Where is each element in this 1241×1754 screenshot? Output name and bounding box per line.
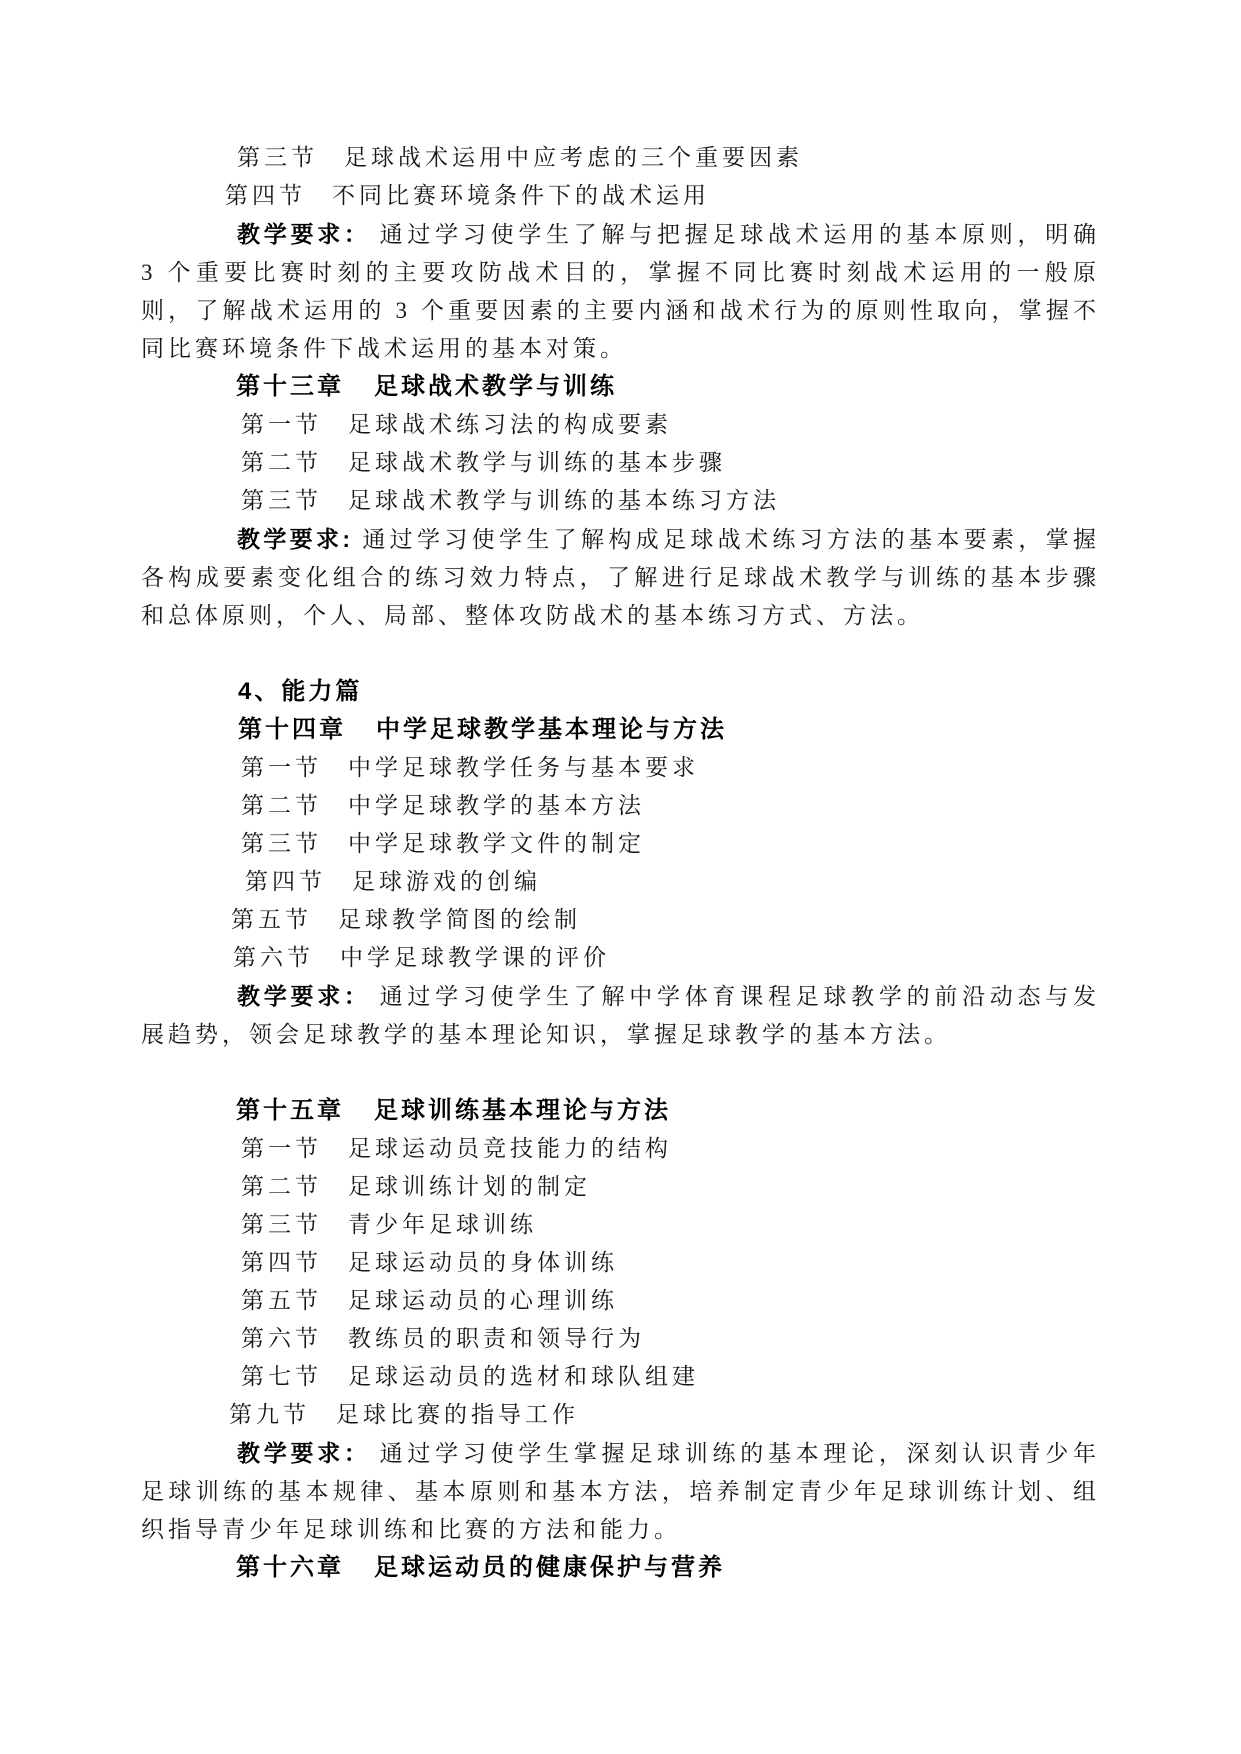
chapter-heading: 第十三章足球战术教学与训练: [141, 368, 1100, 406]
section-title: 足球运动员的身体训练: [348, 1250, 618, 1275]
section-title: 中学足球教学任务与基本要求: [348, 755, 699, 780]
section-line: 第四节不同比赛环境条件下的战术运用: [141, 177, 1100, 215]
chapter-label: 第十四章: [238, 716, 346, 743]
section-title: 足球教学简图的绘制: [338, 907, 581, 932]
section-title: 足球游戏的创编: [352, 869, 541, 894]
section-title: 足球运动员的选材和球队组建: [348, 1364, 699, 1389]
section-label: 第九节: [229, 1402, 310, 1427]
section-line: 第一节足球战术练习法的构成要素: [141, 406, 1100, 444]
section-title: 教练员的职责和领导行为: [348, 1326, 645, 1351]
chapter-heading: 第十四章中学足球教学基本理论与方法: [141, 711, 1100, 749]
section-title: 中学足球教学的基本方法: [348, 793, 645, 818]
teaching-requirement-paragraph: 教学要求：通过学习使学生了解中学体育课程足球教学的前沿动态与发展趋势，领会足球教…: [141, 977, 1100, 1054]
section-label: 第五节: [231, 907, 312, 932]
section-line: 第三节足球战术教学与训练的基本练习方法: [141, 482, 1100, 520]
document-content: 第三节足球战术运用中应考虑的三个重要因素第四节不同比赛环境条件下的战术运用教学要…: [141, 139, 1100, 1587]
section-line: 第九节足球比赛的指导工作: [141, 1396, 1100, 1434]
teaching-requirement-paragraph: 教学要求：通过学习使学生掌握足球训练的基本理论，深刻认识青少年足球训练的基本规律…: [141, 1434, 1100, 1549]
section-title: 足球战术教学与训练的基本步骤: [348, 450, 726, 475]
requirement-label: 教学要求：: [237, 221, 371, 247]
section-label: 第五节: [241, 1288, 322, 1313]
section-label: 第三节: [241, 488, 322, 513]
section-title: 中学足球教学文件的制定: [348, 831, 645, 856]
teaching-requirement-paragraph: 教学要求：通过学习使学生了解与把握足球战术运用的基本原则，明确 3 个重要比赛时…: [141, 215, 1100, 368]
chapter-label: 第十六章: [236, 1554, 344, 1581]
teaching-requirement-paragraph: 教学要求:通过学习使学生了解构成足球战术练习方法的基本要素，掌握各构成要素变化组…: [141, 520, 1100, 635]
section-line: 第三节中学足球教学文件的制定: [141, 825, 1100, 863]
section-line: 第五节足球运动员的心理训练: [141, 1282, 1100, 1320]
part-heading: 4、能力篇: [141, 673, 1100, 711]
section-label: 第三节: [241, 831, 322, 856]
section-label: 第二节: [241, 1174, 322, 1199]
requirement-label: 教学要求：: [237, 1440, 371, 1466]
section-label: 第一节: [241, 412, 322, 437]
section-label: 第二节: [241, 450, 322, 475]
section-line: 第二节足球训练计划的制定: [141, 1168, 1100, 1206]
section-title: 足球比赛的指导工作: [336, 1402, 579, 1427]
section-label: 第四节: [241, 1250, 322, 1275]
chapter-heading: 第十五章足球训练基本理论与方法: [141, 1092, 1100, 1130]
section-line: 第三节青少年足球训练: [141, 1206, 1100, 1244]
section-label: 第四节: [225, 183, 306, 208]
chapter-title: 足球战术教学与训练: [374, 373, 617, 400]
section-title: 中学足球教学课的评价: [340, 945, 610, 970]
section-line: 第四节足球游戏的创编: [141, 863, 1100, 901]
section-title: 青少年足球训练: [348, 1212, 537, 1237]
document-page: 第三节足球战术运用中应考虑的三个重要因素第四节不同比赛环境条件下的战术运用教学要…: [0, 0, 1241, 1754]
chapter-label: 第十五章: [236, 1097, 344, 1124]
section-line: 第六节中学足球教学课的评价: [141, 939, 1100, 977]
section-title: 足球战术教学与训练的基本练习方法: [348, 488, 780, 513]
section-line: 第二节中学足球教学的基本方法: [141, 787, 1100, 825]
chapter-title: 中学足球教学基本理论与方法: [376, 716, 727, 743]
section-line: 第一节中学足球教学任务与基本要求: [141, 749, 1100, 787]
section-label: 第一节: [241, 755, 322, 780]
section-label: 第二节: [241, 793, 322, 818]
chapter-heading: 第十六章足球运动员的健康保护与营养: [141, 1549, 1100, 1587]
section-line: 第二节足球战术教学与训练的基本步骤: [141, 444, 1100, 482]
section-label: 第三节: [237, 145, 318, 170]
section-line: 第七节足球运动员的选材和球队组建: [141, 1358, 1100, 1396]
section-title: 不同比赛环境条件下的战术运用: [332, 183, 710, 208]
section-title: 足球战术练习法的构成要素: [348, 412, 672, 437]
section-label: 第六节: [241, 1326, 322, 1351]
section-line: 第四节足球运动员的身体训练: [141, 1244, 1100, 1282]
section-line: 第五节足球教学简图的绘制: [141, 901, 1100, 939]
section-label: 第一节: [241, 1136, 322, 1161]
section-line: 第六节教练员的职责和领导行为: [141, 1320, 1100, 1358]
requirement-label: 教学要求:: [237, 526, 353, 552]
section-title: 足球运动员竞技能力的结构: [348, 1136, 672, 1161]
section-label: 第三节: [241, 1212, 322, 1237]
section-title: 足球训练计划的制定: [348, 1174, 591, 1199]
chapter-label: 第十三章: [236, 373, 344, 400]
section-label: 第七节: [241, 1364, 322, 1389]
chapter-title: 足球训练基本理论与方法: [374, 1097, 671, 1124]
section-title: 足球运动员的心理训练: [348, 1288, 618, 1313]
section-label: 第四节: [245, 869, 326, 894]
section-title: 足球战术运用中应考虑的三个重要因素: [344, 145, 803, 170]
section-line: 第一节足球运动员竞技能力的结构: [141, 1130, 1100, 1168]
section-label: 第六节: [233, 945, 314, 970]
chapter-title: 足球运动员的健康保护与营养: [374, 1554, 725, 1581]
requirement-label: 教学要求：: [237, 983, 371, 1009]
section-line: 第三节足球战术运用中应考虑的三个重要因素: [141, 139, 1100, 177]
blank-line: [141, 635, 1100, 673]
blank-line: [141, 1054, 1100, 1092]
part-label: 4、能力篇: [238, 678, 362, 705]
